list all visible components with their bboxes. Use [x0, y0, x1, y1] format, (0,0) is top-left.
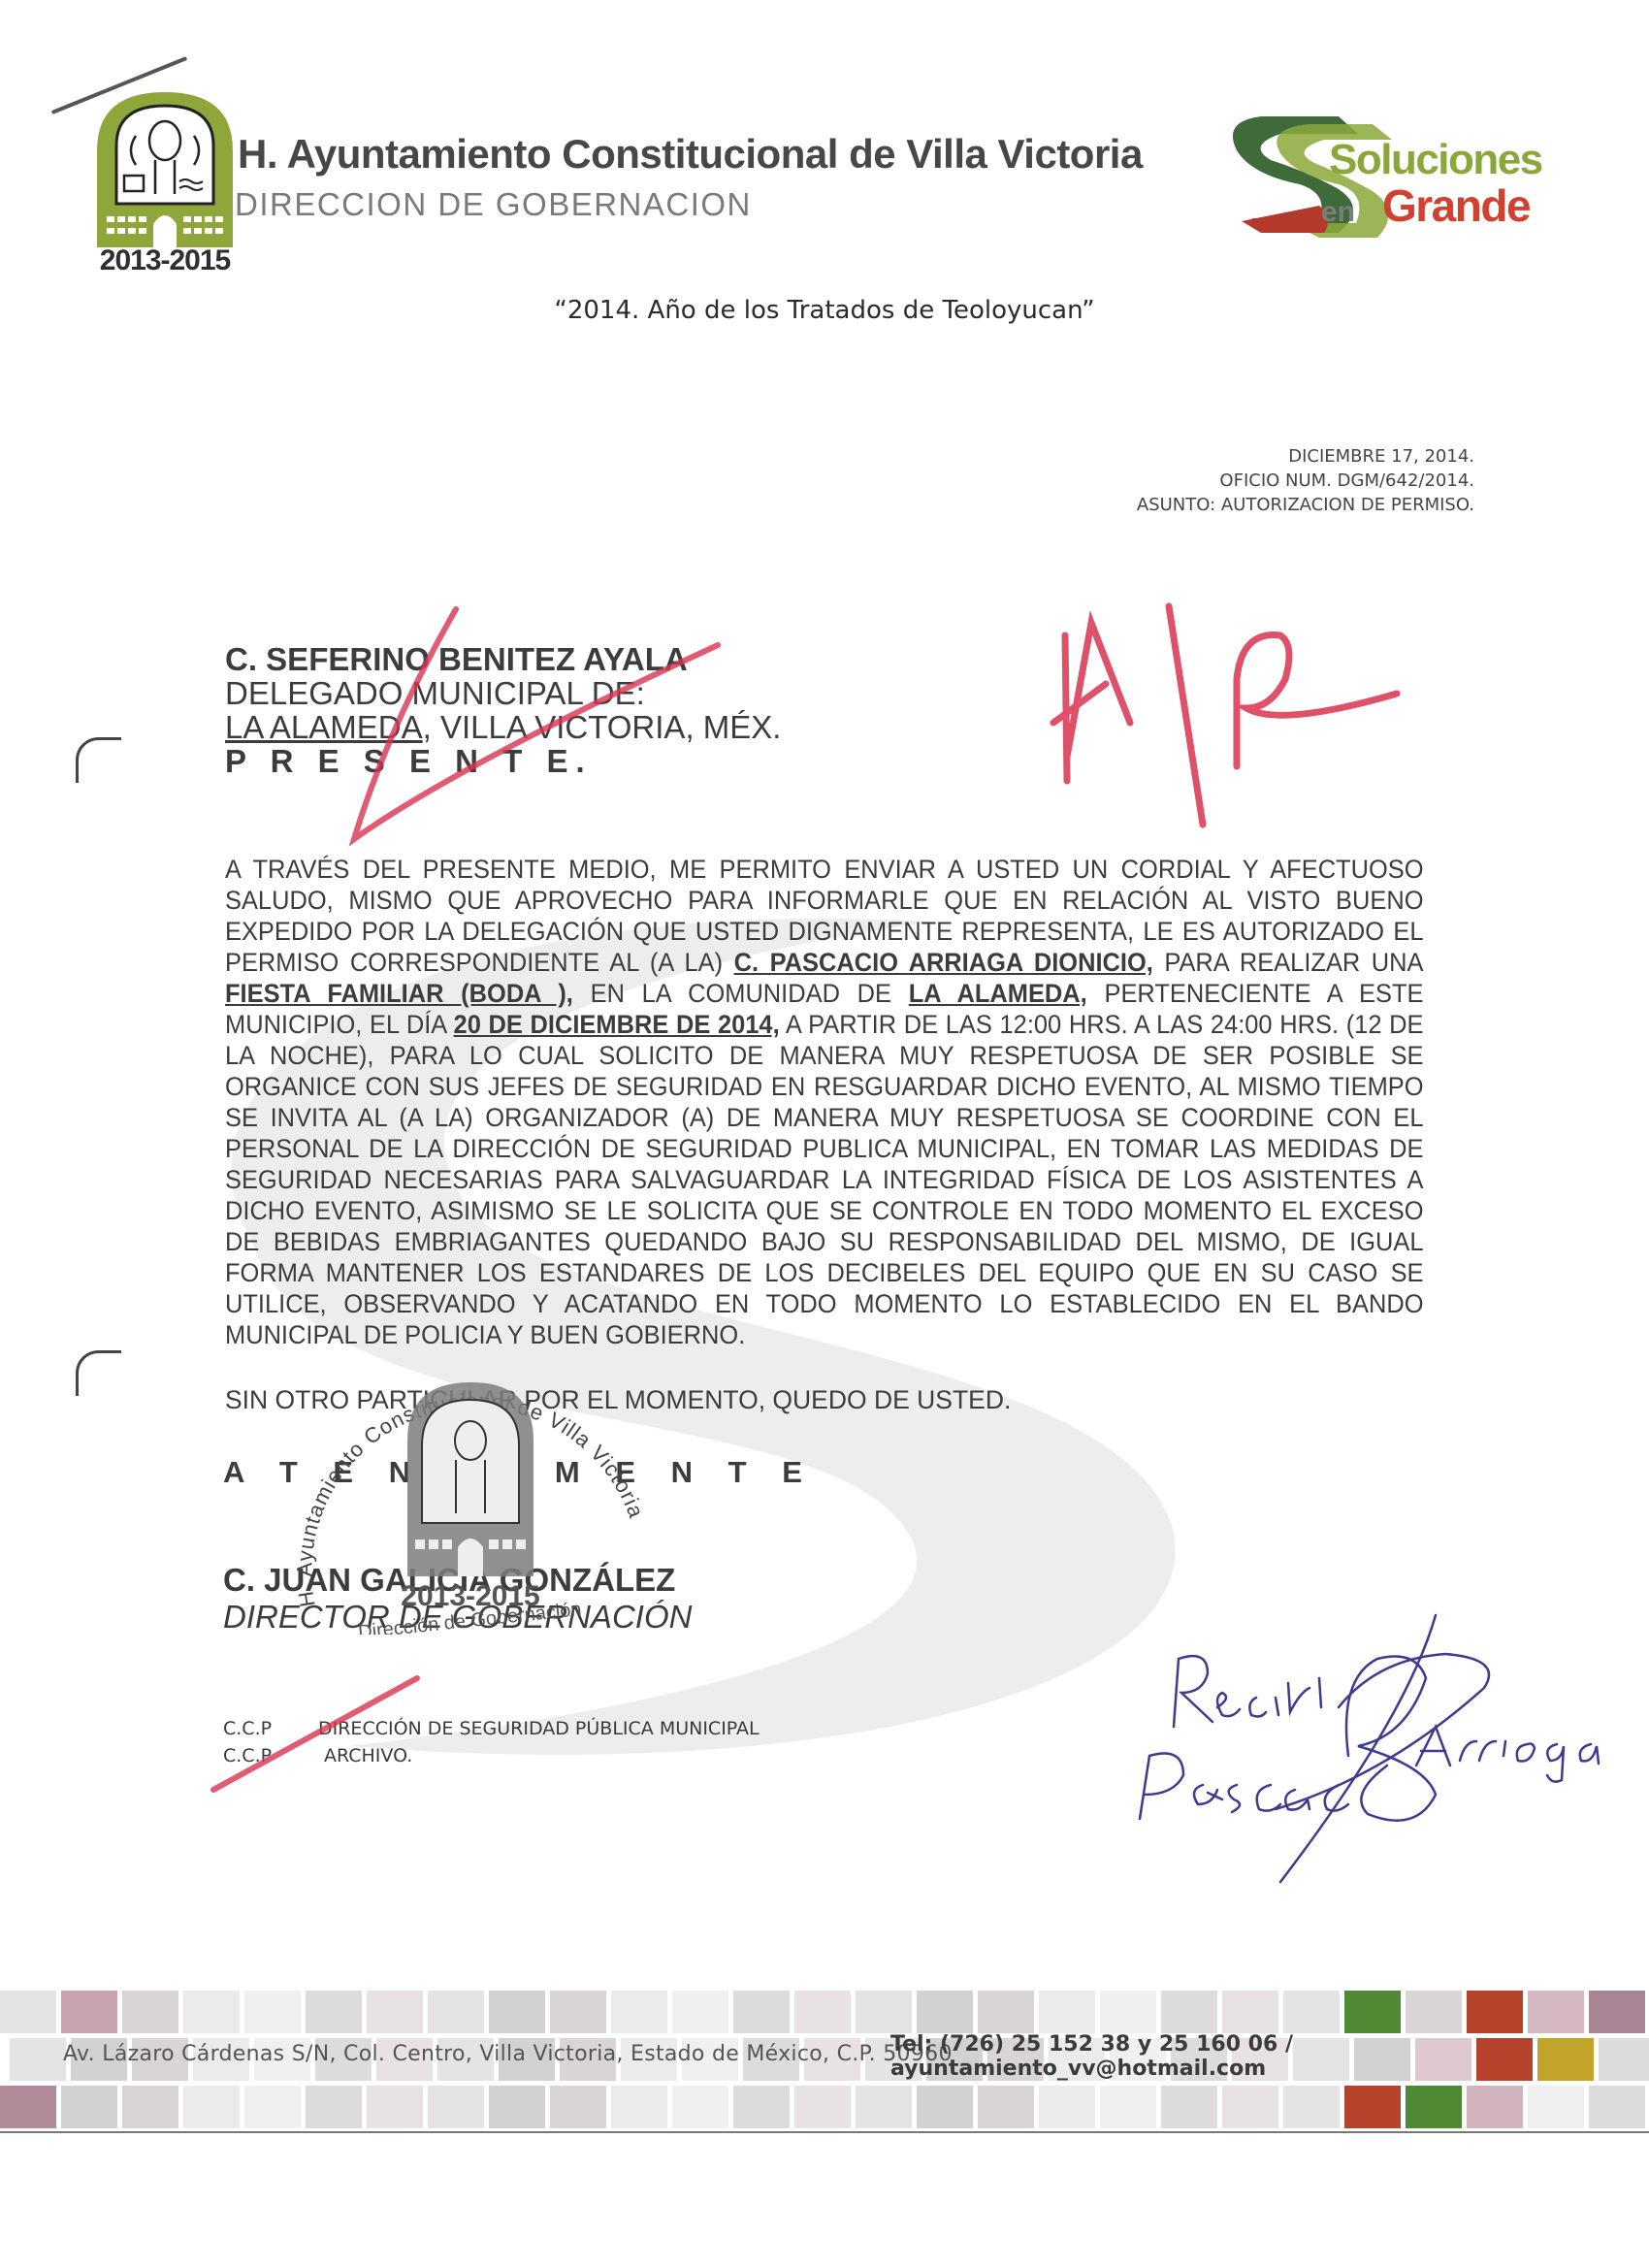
logo-years: 2013-2015 [97, 244, 233, 277]
ccp-item: C.C.PDIRECCIÓN DE SEGURIDAD PÚBLICA MUNI… [223, 1715, 760, 1742]
addressee-name: C. SEFERINO BENITEZ AYALA [225, 642, 781, 676]
footer-address: Av. Lázaro Cárdenas S/N, Col. Centro, Vi… [63, 2042, 953, 2066]
ccp-list: C.C.PDIRECCIÓN DE SEGURIDAD PÚBLICA MUNI… [223, 1715, 760, 1769]
permit-holder-name: C. PASCACIO ARRIAGA DIONICIO, [734, 948, 1153, 977]
organization-title: H. Ayuntamiento Constitucional de Villa … [238, 131, 1143, 178]
ccp-label: C.C.P [223, 1715, 318, 1742]
addressee-place-underlined: LA ALAMEDA [225, 709, 423, 745]
received-signature [1115, 1601, 1649, 1892]
body-text: PARA REALIZAR UNA [1153, 948, 1424, 977]
event-type: FIESTA FAMILIAR (BODA ), [225, 979, 573, 1008]
addressee-place: LA ALAMEDA, VILLA VICTORIA, MÉX. [225, 710, 781, 744]
presente-label: P R E S E N T E. [225, 744, 781, 778]
brand-name-line2: Grande [1382, 179, 1530, 232]
punch-hole-mark [76, 1350, 121, 1396]
document-meta: DICIEMBRE 17, 2014. OFICIO NUM. DGM/642/… [1137, 444, 1474, 517]
year-motto: “2014. Año de los Tratados de Teoloyucan… [0, 296, 1649, 325]
event-date: 20 DE DICIEMBRE DE 2014, [454, 1010, 780, 1039]
official-stamp: H. Ayuntamiento Constitucional de Villa … [262, 1314, 689, 1635]
body-text: EN LA COMUNIDAD DE [573, 979, 909, 1008]
footer-divider [0, 2131, 1649, 2133]
footer-contact: Tel: (726) 25 152 38 y 25 160 06 / ayunt… [890, 2032, 1649, 2081]
ccp-value: ARCHIVO. [318, 1745, 412, 1766]
initials-ar [1053, 606, 1397, 825]
oficio-number: OFICIO NUM. DGM/642/2014. [1137, 469, 1474, 493]
addressee-place-rest: , VILLA VICTORIA, MÉX. [423, 709, 782, 745]
municipal-logo [97, 92, 233, 247]
letter-body: A TRAVÉS DEL PRESENTE MEDIO, ME PERMITO … [225, 854, 1424, 1350]
punch-hole-mark [76, 737, 121, 783]
ccp-item: C.C.PARCHIVO. [223, 1742, 760, 1769]
ccp-value: DIRECCIÓN DE SEGURIDAD PÚBLICA MUNICIPAL [318, 1718, 760, 1739]
subject-line: ASUNTO: AUTORIZACION DE PERMISO. [1137, 493, 1474, 517]
document-date: DICIEMBRE 17, 2014. [1137, 444, 1474, 469]
body-text: A PARTIR DE LAS 12:00 HRS. A LAS 24:00 H… [225, 1010, 1424, 1349]
addressee-block: C. SEFERINO BENITEZ AYALA DELEGADO MUNIC… [225, 642, 781, 778]
event-community: LA ALAMEDA, [909, 979, 1087, 1008]
brand-name-line1: Soluciones [1329, 136, 1542, 184]
brand-name-connector: en [1321, 196, 1355, 229]
ccp-label: C.C.P [223, 1742, 318, 1769]
addressee-role: DELEGADO MUNICIPAL DE: [225, 676, 781, 710]
department-subtitle: DIRECCION DE GOBERNACION [235, 186, 752, 223]
